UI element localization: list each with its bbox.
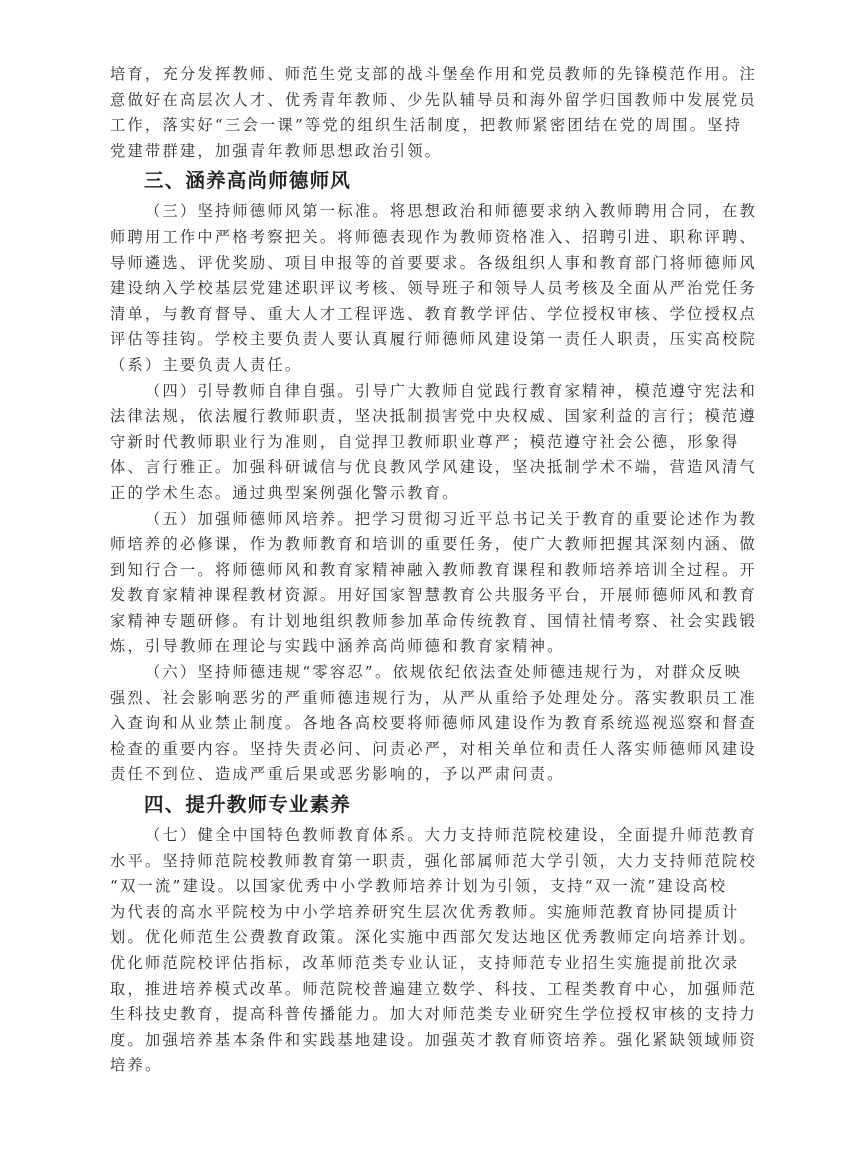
text-line: “双一流”建设。以国家优秀中小学教师培养计划为引领，支持“双一流”建设高校: [110, 874, 750, 900]
text-line: 水平。坚持师范院校教师教育第一职责，强化部属师范大学引领，大力支持师范院校: [110, 849, 750, 875]
text-line: （六）坚持师德违规“零容忍”。依规依纪依法查处师德违规行为，对群众反映: [110, 660, 750, 686]
text-line: 清单，与教育督导、重大人才工程评选、教育教学评估、学位授权审核、学位授权点: [110, 302, 750, 328]
text-line: （七）健全中国特色教师教育体系。大力支持师范院校建设，全面提升师范教育: [110, 823, 750, 849]
section-heading-4: 四、提升教师专业素养: [110, 789, 750, 821]
text-line: 到知行合一。将师德师风和教育家精神融入教师教育课程和教师培养培训全过程。开: [110, 558, 750, 584]
text-line: （三）坚持师德师风第一标准。将思想政治和师德要求纳入教师聘用合同，在教: [110, 199, 750, 225]
text-line: 家精神专题研修。有计划地组织教师参加革命传统教育、国情社情考察、社会实践锻: [110, 609, 750, 635]
text-line: 生科技史教育，提高科普传播能力。加大对师范类专业研究生学位授权审核的支持力: [110, 1002, 750, 1028]
paragraph-4: （四）引导教师自律自强。引导广大教师自觉践行教育家精神，模范遵守宪法和 法律法规…: [110, 379, 750, 507]
text-line: 培养。: [110, 1053, 750, 1079]
text-line: 优化师范院校评估指标，改革师范类专业认证，支持师范专业招生实施提前批次录: [110, 951, 750, 977]
text-line: 师培养的必修课，作为教师教育和培训的重要任务，使广大教师把握其深刻内涵、做: [110, 532, 750, 558]
text-line: 炼，引导教师在理论与实践中涵养高尚师德和教育家精神。: [110, 634, 750, 660]
text-line: 检查的重要内容。坚持失责必问、问责必严，对相关单位和责任人落实师德师风建设: [110, 737, 750, 763]
document-body: 培育，充分发挥教师、师范生党支部的战斗堡垒作用和党员教师的先锋模范作用。注 意做…: [110, 62, 750, 1079]
text-line: 为代表的高水平院校为中小学培养研究生层次优秀教师。实施师范教育协同提质计: [110, 900, 750, 926]
text-line: 划。优化师范生公费教育政策。深化实施中西部欠发达地区优秀教师定向培养计划。: [110, 925, 750, 951]
text-line: （四）引导教师自律自强。引导广大教师自觉践行教育家精神，模范遵守宪法和: [110, 379, 750, 405]
text-line: 建设纳入学校基层党建述职评议考核、领导班子和领导人员考核及全面从严治党任务: [110, 276, 750, 302]
paragraph-party-building-cont: 培育，充分发挥教师、师范生党支部的战斗堡垒作用和党员教师的先锋模范作用。注 意做…: [110, 62, 750, 164]
text-line: 培育，充分发挥教师、师范生党支部的战斗堡垒作用和党员教师的先锋模范作用。注: [110, 62, 750, 88]
text-line: 党建带群建，加强青年教师思想政治引领。: [110, 139, 750, 165]
text-line: 师聘用工作中严格考察把关。将师德表现作为教师资格准入、招聘引进、职称评聘、: [110, 225, 750, 251]
text-line: 评估等挂钩。学校主要负责人要认真履行师德师风建设第一责任人职责，压实高校院: [110, 327, 750, 353]
text-line: 守新时代教师职业行为准则，自觉捍卫教师职业尊严；模范遵守社会公德，形象得: [110, 430, 750, 456]
paragraph-6: （六）坚持师德违规“零容忍”。依规依纪依法查处师德违规行为，对群众反映 强烈、社…: [110, 660, 750, 788]
text-line: 取，推进培养模式改革。师范院校普遍建立数学、科技、工程类教育中心，加强师范: [110, 977, 750, 1003]
paragraph-7: （七）健全中国特色教师教育体系。大力支持师范院校建设，全面提升师范教育 水平。坚…: [110, 823, 750, 1079]
text-line: 体、言行雅正。加强科研诚信与优良教风学风建设，坚决抵制学术不端，营造风清气: [110, 455, 750, 481]
section-heading-3: 三、涵养高尚师德师风: [110, 165, 750, 197]
text-line: 强烈、社会影响恶劣的严重师德违规行为，从严从重给予处理处分。落实教职员工准: [110, 686, 750, 712]
text-line: 度。加强培养基本条件和实践基地建设。加强英才教育师资培养。强化紧缺领域师资: [110, 1028, 750, 1054]
text-line: （五）加强师德师风培养。把学习贯彻习近平总书记关于教育的重要论述作为教: [110, 507, 750, 533]
text-line: 入查询和从业禁止制度。各地各高校要将师德师风建设作为教育系统巡视巡察和督查: [110, 711, 750, 737]
paragraph-3: （三）坚持师德师风第一标准。将思想政治和师德要求纳入教师聘用合同，在教 师聘用工…: [110, 199, 750, 378]
text-line: （系）主要负责人责任。: [110, 353, 750, 379]
document-page: 培育，充分发挥教师、师范生党支部的战斗堡垒作用和党员教师的先锋模范作用。注 意做…: [0, 0, 850, 1160]
paragraph-5: （五）加强师德师风培养。把学习贯彻习近平总书记关于教育的重要论述作为教 师培养的…: [110, 507, 750, 661]
text-line: 发教育家精神课程教材资源。用好国家智慧教育公共服务平台，开展师德师风和教育: [110, 583, 750, 609]
text-line: 意做好在高层次人才、优秀青年教师、少先队辅导员和海外留学归国教师中发展党员: [110, 88, 750, 114]
text-line: 正的学术生态。通过典型案例强化警示教育。: [110, 481, 750, 507]
text-line: 法律法规，依法履行教师职责，坚决抵制损害党中央权威、国家利益的言行；模范遵: [110, 404, 750, 430]
text-line: 责任不到位、造成严重后果或恶劣影响的，予以严肃问责。: [110, 762, 750, 788]
text-line: 导师遴选、评优奖励、项目申报等的首要要求。各级组织人事和教育部门将师德师风: [110, 251, 750, 277]
text-line: 工作，落实好“三会一课”等党的组织生活制度，把教师紧密团结在党的周围。坚持: [110, 113, 750, 139]
